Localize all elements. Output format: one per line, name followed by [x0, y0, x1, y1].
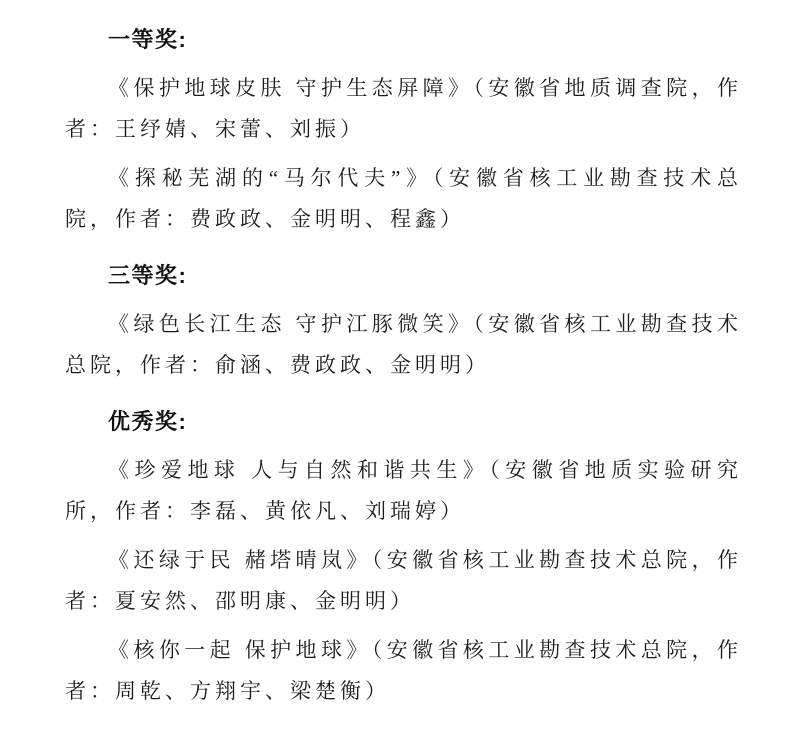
- award-tier-heading-third-prize: 三等奖:: [65, 262, 742, 290]
- award-tier-heading-excellence-prize: 优秀奖:: [65, 408, 742, 436]
- award-entry: 《绿色长江生态 守护江豚微笑》（安徽省核工业勘查技术总院，作者：俞涵、费政政、金…: [65, 304, 742, 386]
- document-page: 一等奖: 《保护地球皮肤 守护生态屏障》（安徽省地质调查院，作者：王纾婧、宋蕾、…: [0, 0, 800, 734]
- award-entry: 《探秘芜湖的“马尔代夫”》（安徽省核工业勘查技术总院，作者：费政政、金明明、程鑫…: [65, 158, 742, 240]
- award-entry: 《珍爱地球 人与自然和谐共生》（安徽省地质实验研究所，作者：李磊、黄依凡、刘瑞婷…: [65, 450, 742, 532]
- award-entry: 《保护地球皮肤 守护生态屏障》（安徽省地质调查院，作者：王纾婧、宋蕾、刘振）: [65, 68, 742, 150]
- award-entry: 《核你一起 保护地球》（安徽省核工业勘查技术总院，作者：周乾、方翔宇、梁楚衡）: [65, 630, 742, 712]
- award-entry: 《还绿于民 赭塔晴岚》（安徽省核工业勘查技术总院，作者：夏安然、邵明康、金明明）: [65, 540, 742, 622]
- award-tier-heading-first-prize: 一等奖:: [65, 26, 742, 54]
